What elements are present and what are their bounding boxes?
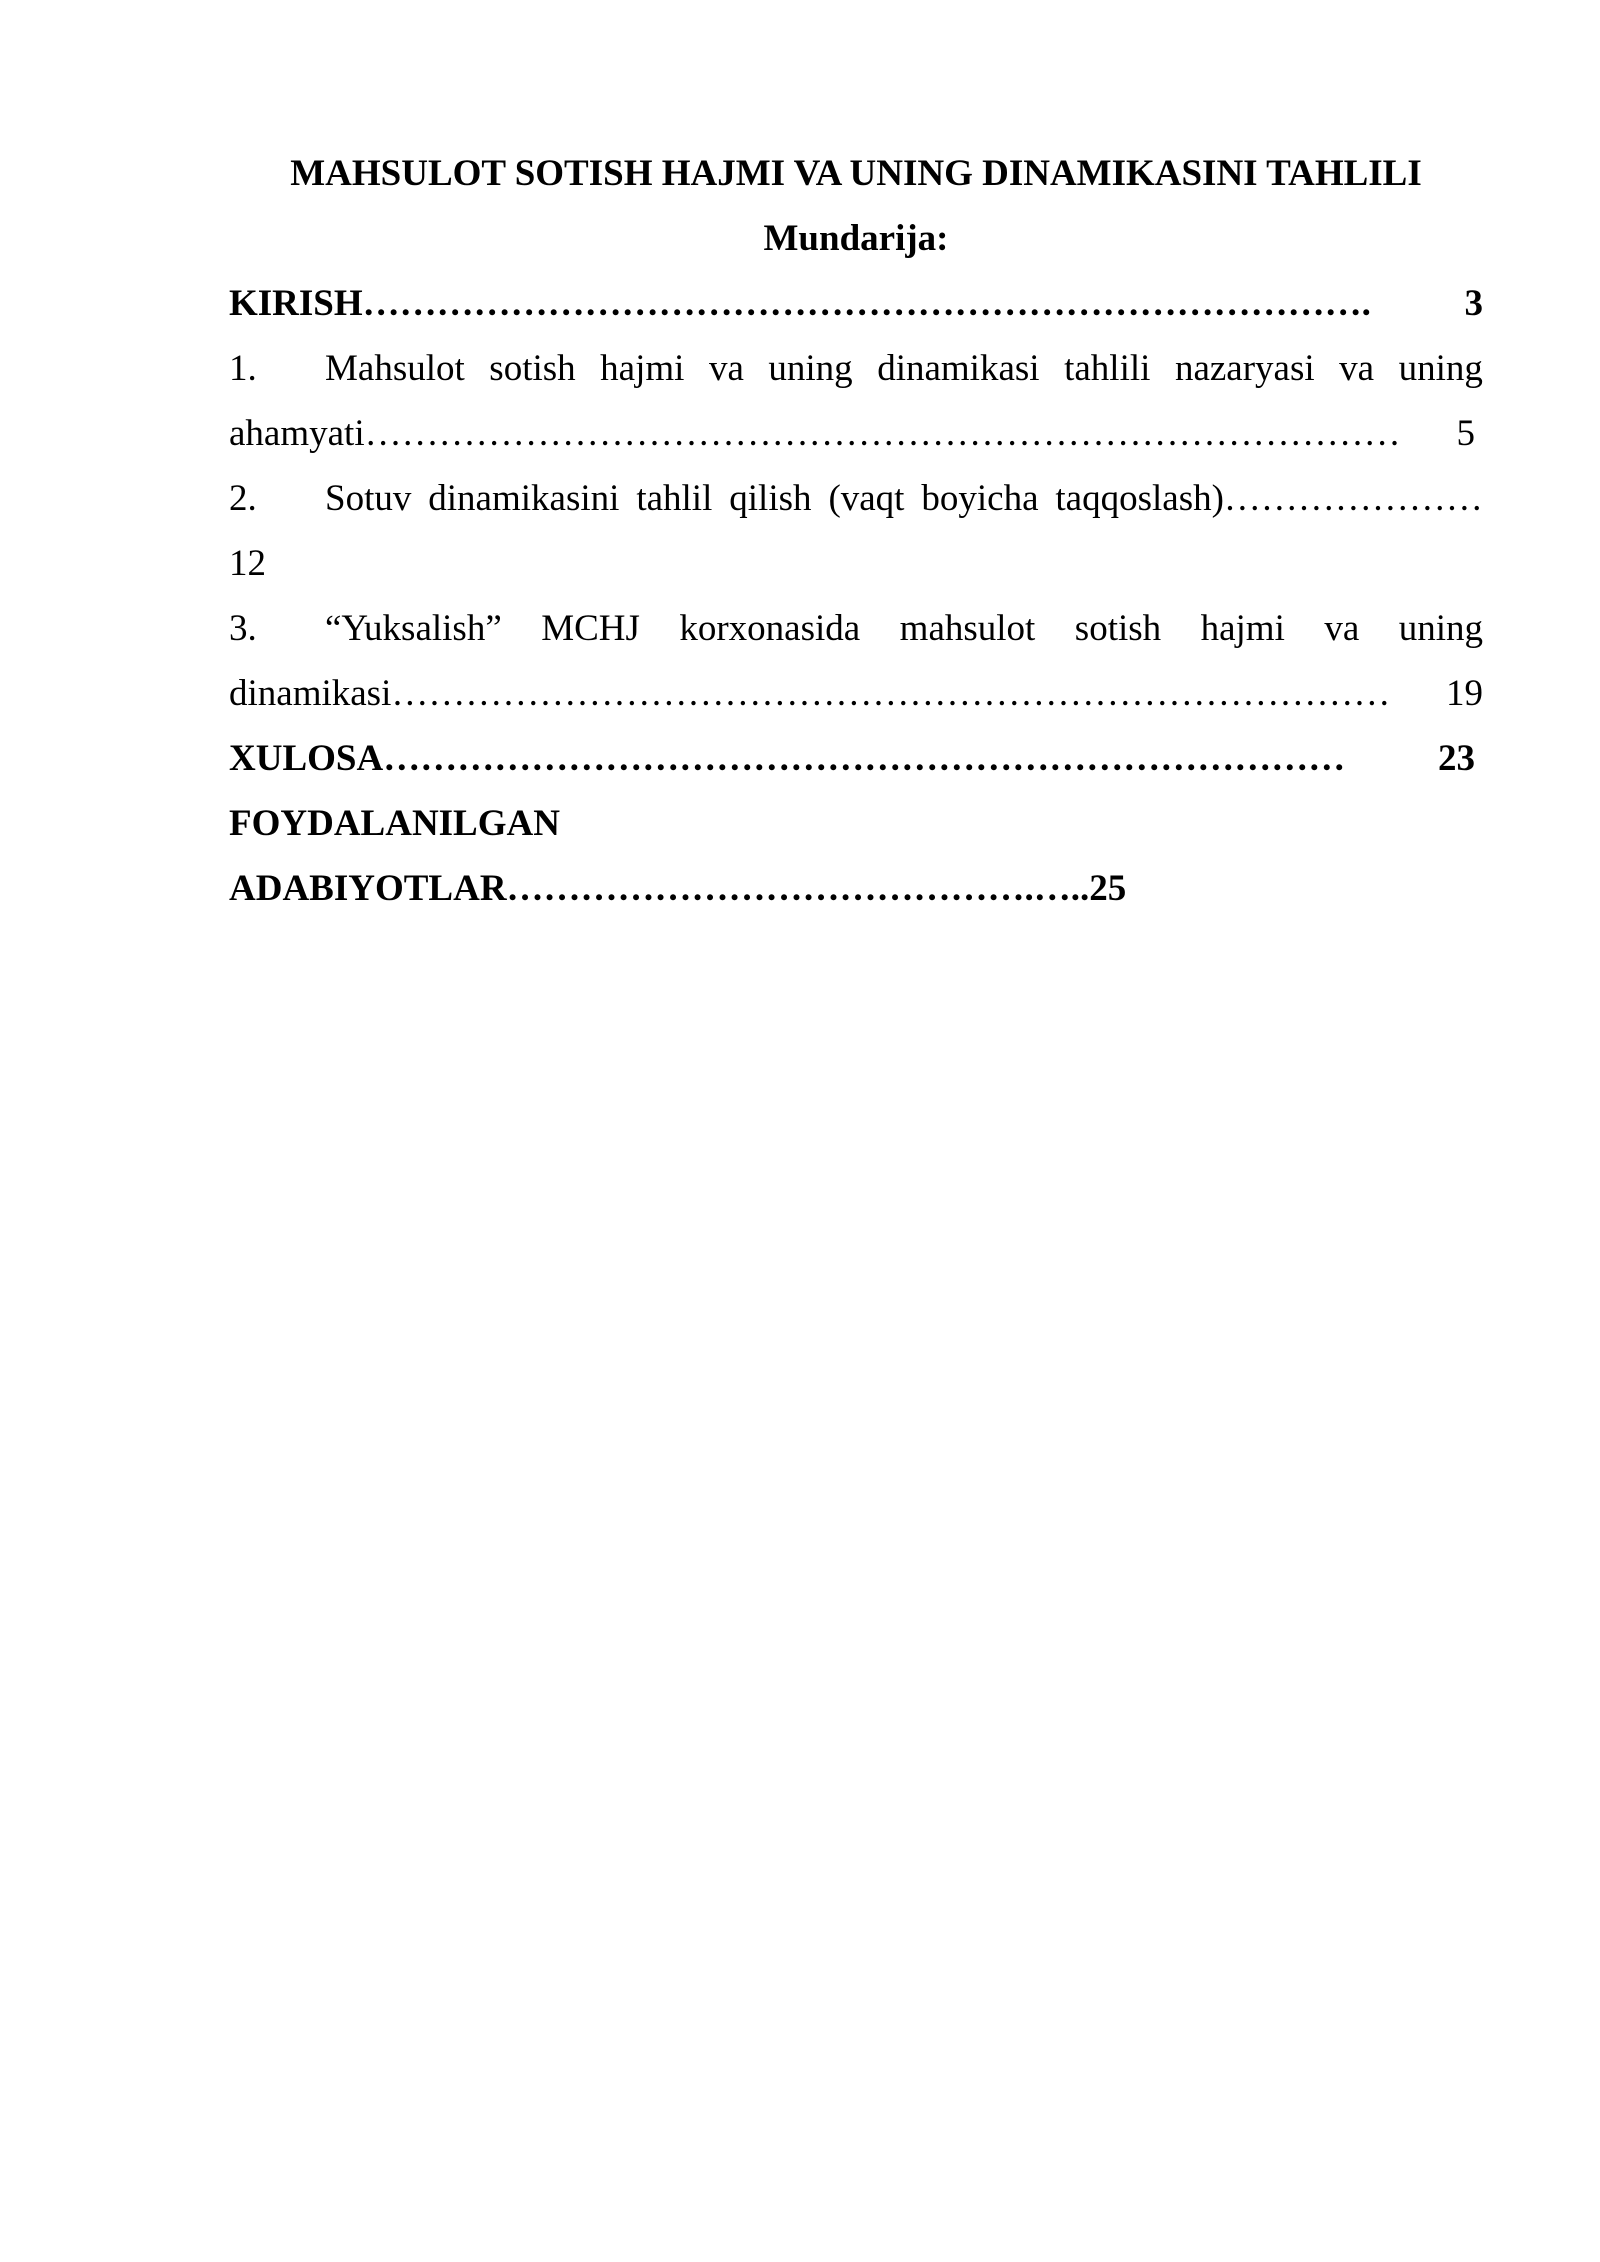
toc-entry-label: KIRISH bbox=[229, 271, 363, 336]
toc-title-word: dinamikasini bbox=[428, 466, 619, 531]
toc-title-word: hajmi bbox=[1201, 596, 1285, 661]
toc-entry-number: 1. bbox=[229, 336, 325, 401]
toc-title-word: nazaryasi bbox=[1175, 336, 1315, 401]
toc-title-word: korxonasida bbox=[679, 596, 860, 661]
toc-title-word: va bbox=[709, 336, 744, 401]
toc-entry-section-3[interactable]: 3. “Yuksalish”MCHJkorxonasidamahsulotsot… bbox=[229, 596, 1483, 726]
toc-title-word: “Yuksalish” bbox=[325, 596, 502, 661]
toc-title-word: uning bbox=[1399, 596, 1483, 661]
toc-title-word: MCHJ bbox=[541, 596, 640, 661]
toc-entry-label: FOYDALANILGAN bbox=[229, 791, 1483, 856]
toc-page-number: 23 bbox=[1438, 726, 1475, 791]
toc-leader-dots: …………………………………………………………………… bbox=[383, 726, 1438, 791]
toc-entry-title: “Yuksalish”MCHJkorxonasidamahsulotsotish… bbox=[325, 596, 1483, 661]
toc-entry-line: ahamyati ………………………………………………………………………… 5 bbox=[229, 401, 1475, 466]
toc-title-word: dinamikasi bbox=[877, 336, 1039, 401]
toc-title-word: uning bbox=[768, 336, 852, 401]
toc-title-word: va bbox=[1339, 336, 1374, 401]
toc-entry-number: 2. bbox=[229, 466, 325, 531]
toc-page-number: 12 bbox=[229, 531, 1483, 596]
toc-entry-section-1[interactable]: 1. Mahsulotsotishhajmivauningdinamikasit… bbox=[229, 336, 1483, 466]
toc-entry-section-2[interactable]: 2. Sotuvdinamikasinitahlilqilish(vaqtboy… bbox=[229, 466, 1483, 596]
toc-leader-dots: ………………………………………………………………………. bbox=[363, 271, 1465, 336]
toc-title-word: Mahsulot bbox=[325, 336, 465, 401]
toc-title-word: sotish bbox=[489, 336, 575, 401]
toc-entry-line: 3. “Yuksalish”MCHJkorxonasidamahsulotsot… bbox=[229, 596, 1483, 661]
toc-entry-label: ADABIYOTLAR bbox=[229, 868, 507, 909]
toc-entry-adabiyotlar[interactable]: FOYDALANILGAN ADABIYOTLAR…………………………………….… bbox=[229, 791, 1483, 921]
toc-entry-number: 3. bbox=[229, 596, 325, 661]
toc-leader-dots: …………………………………….….. bbox=[507, 868, 1090, 909]
toc-entry-title: Sotuvdinamikasinitahlilqilish(vaqtboyich… bbox=[325, 466, 1483, 531]
toc-entry-line: dinamikasi ……………………………………………………………………… 1… bbox=[229, 661, 1483, 726]
toc-entry-title: Mahsulotsotishhajmivauningdinamikasitahl… bbox=[325, 336, 1483, 401]
toc-title-word: hajmi bbox=[600, 336, 684, 401]
toc-page-number: 3 bbox=[1465, 271, 1484, 336]
toc-title-word: uning bbox=[1399, 336, 1483, 401]
toc-title-word: (vaqt bbox=[828, 466, 904, 531]
toc-title-word: Sotuv bbox=[325, 466, 411, 531]
toc-title-word: boyicha bbox=[921, 466, 1038, 531]
toc-page-number: 25 bbox=[1089, 868, 1126, 909]
toc-title-word: va bbox=[1324, 596, 1359, 661]
toc-entry-label: XULOSA bbox=[229, 726, 383, 791]
toc-title-word: mahsulot bbox=[900, 596, 1036, 661]
toc-entry-line: 2. Sotuvdinamikasinitahlilqilish(vaqtboy… bbox=[229, 466, 1483, 531]
toc-entry-kirish[interactable]: KIRISH ………………………………………………………………………. 3 bbox=[229, 271, 1483, 336]
toc-title-word: taqqoslash)………………… bbox=[1055, 466, 1483, 531]
toc-title-word: qilish bbox=[729, 466, 811, 531]
toc-page-number: 5 bbox=[1457, 401, 1476, 466]
toc-entry-label: dinamikasi bbox=[229, 661, 391, 726]
toc-entry-line: ADABIYOTLAR…………………………………….…..25 bbox=[229, 856, 1483, 921]
document-title: MAHSULOT SOTISH HAJMI VA UNING DINAMIKAS… bbox=[229, 141, 1483, 206]
toc-entry-xulosa[interactable]: XULOSA …………………………………………………………………… 23 bbox=[229, 726, 1475, 791]
toc-title-word: sotish bbox=[1075, 596, 1161, 661]
toc-entry-line: 1. Mahsulotsotishhajmivauningdinamikasit… bbox=[229, 336, 1483, 401]
toc-title-word: tahlil bbox=[636, 466, 712, 531]
toc-page-number: 19 bbox=[1446, 661, 1483, 726]
document-page: MAHSULOT SOTISH HAJMI VA UNING DINAMIKAS… bbox=[229, 141, 1483, 921]
toc-title-word: tahlili bbox=[1064, 336, 1150, 401]
toc-entry-label: ahamyati bbox=[229, 401, 365, 466]
toc-leader-dots: ………………………………………………………………………… bbox=[365, 401, 1457, 466]
toc-leader-dots: ……………………………………………………………………… bbox=[391, 661, 1446, 726]
toc-heading: Mundarija: bbox=[229, 206, 1483, 271]
